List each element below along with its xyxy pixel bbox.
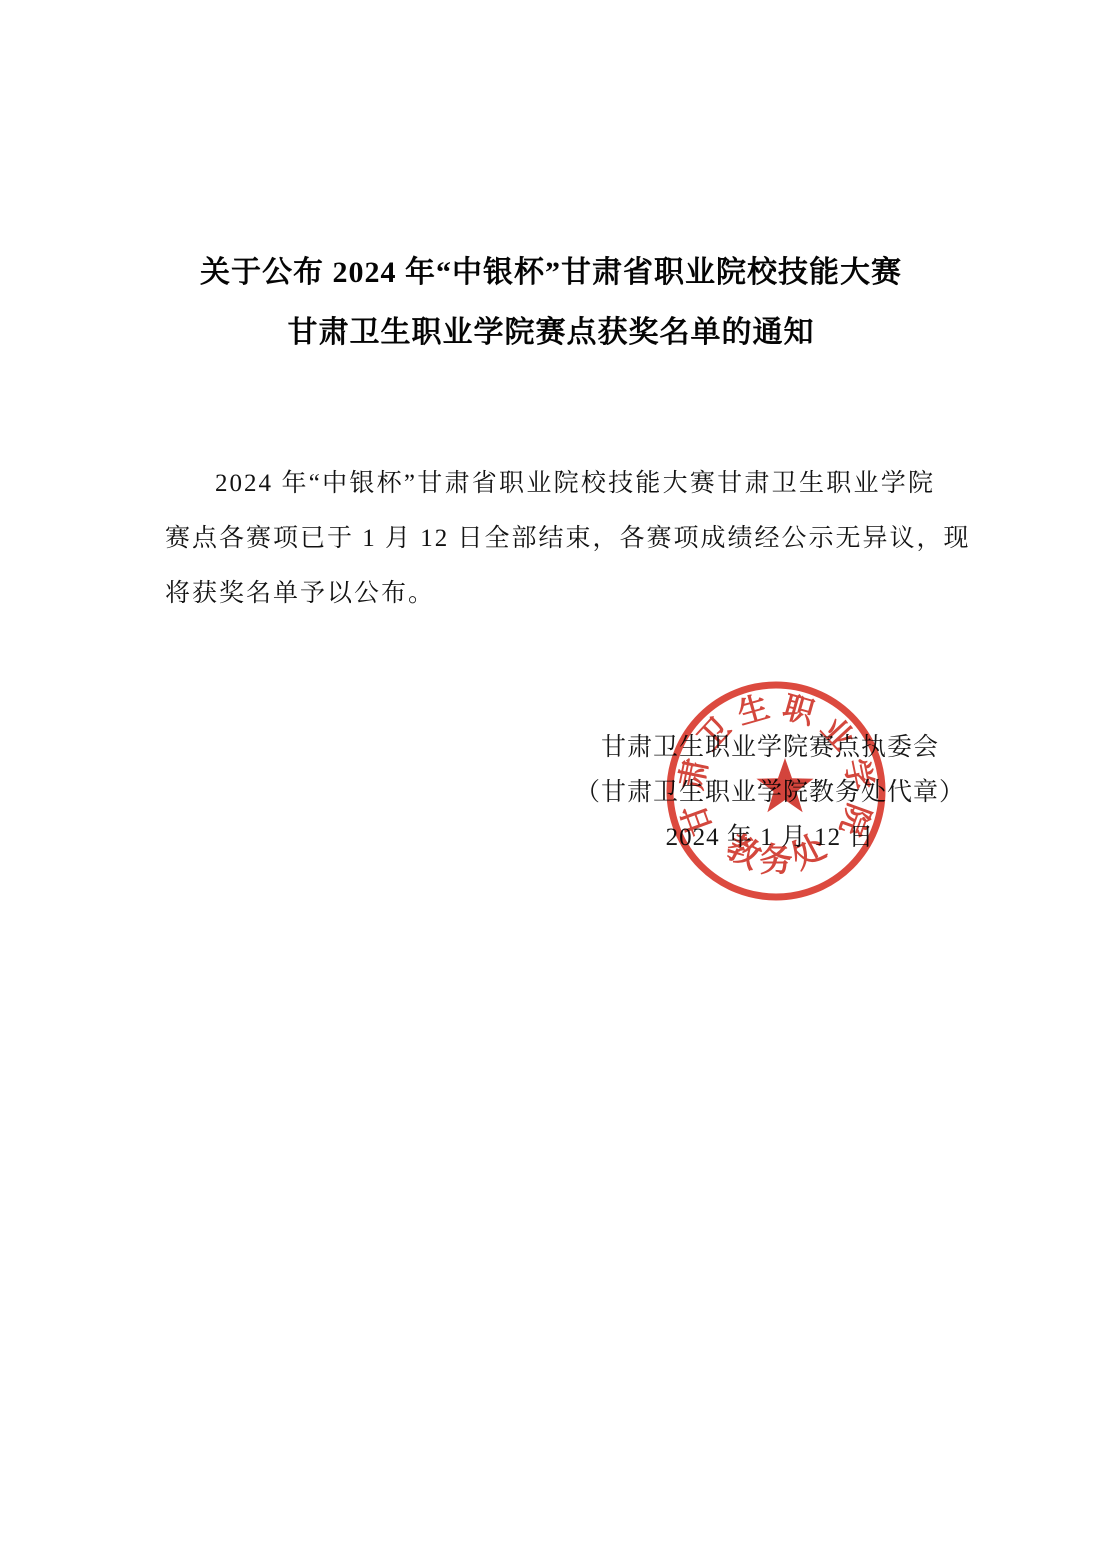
notice-body: 2024 年“中银杯”甘肃省职业院校技能大赛甘肃卫生职业学院 赛点各赛项已于 1…	[165, 456, 935, 621]
notice-body-line2: 赛点各赛项已于 1 月 12 日全部结束，各赛项成绩经公示无异议，现	[165, 511, 935, 566]
signature-block: 甘肃卫生职业学院赛点执委会 （甘肃卫生职业学院教务处代章） 2024 年 1 月…	[559, 725, 981, 860]
notice-title-line2: 甘肃卫生职业学院赛点获奖名单的通知	[0, 303, 1102, 363]
signature-organization: 甘肃卫生职业学院赛点执委会	[559, 725, 981, 770]
notice-title-line1: 关于公布 2024 年“中银杯”甘肃省职业院校技能大赛	[0, 243, 1102, 303]
signature-proxy-note: （甘肃卫生职业学院教务处代章）	[559, 770, 981, 815]
signature-date: 2024 年 1 月 12 日	[559, 815, 981, 860]
document-page: 关于公布 2024 年“中银杯”甘肃省职业院校技能大赛 甘肃卫生职业学院赛点获奖…	[0, 0, 1102, 1559]
notice-title: 关于公布 2024 年“中银杯”甘肃省职业院校技能大赛 甘肃卫生职业学院赛点获奖…	[0, 243, 1102, 363]
notice-body-line3: 将获奖名单予以公布。	[165, 566, 935, 621]
notice-body-line1: 2024 年“中银杯”甘肃省职业院校技能大赛甘肃卫生职业学院	[165, 456, 935, 511]
